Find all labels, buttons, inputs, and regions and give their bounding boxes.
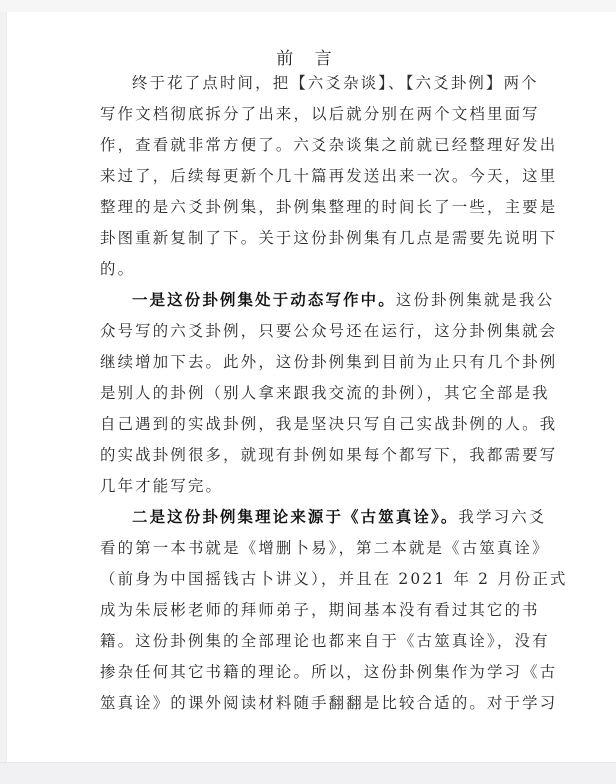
bold-lead: 二是这份卦例集理论来源于《古筮真诠》。 <box>132 508 459 526</box>
text-run: 这份卦例集就是我公 <box>396 291 554 309</box>
text-line: 写作文档彻底拆分了出来，以后就分别在两个文档里面写 <box>100 99 524 130</box>
paragraph-2: 一是这份卦例集处于动态写作中。这份卦例集就是我公 众号写的六爻卦例，只要公众号还… <box>100 285 524 502</box>
text-line: （前身为中国摇钱古卜讲义），并且在 2021 年 2 月份正式 <box>100 564 524 595</box>
text-line: 终于花了点时间，把【六爻杂谈】、【六爻卦例】两个 <box>100 68 524 99</box>
text-line: 是别人的卦例（别人拿来跟我交流的卦例），其它全部是我 <box>100 378 524 409</box>
text-line: 几年才能写完。 <box>100 471 524 502</box>
top-margin-bar <box>0 0 616 12</box>
text-line: 的。 <box>100 254 524 285</box>
text-run: 我学习六爻 <box>459 508 547 526</box>
bottom-margin-bar <box>0 762 616 784</box>
page-title: 前 言 <box>0 44 616 69</box>
text-line: 筮真诠》的课外阅读材料随手翻翻是比较合适的。对于学习 <box>100 688 524 719</box>
bold-lead: 一是这份卦例集处于动态写作中。 <box>132 291 396 309</box>
text-line: 二是这份卦例集理论来源于《古筮真诠》。我学习六爻 <box>100 502 524 533</box>
text-line: 卦图重新复制了下。关于这份卦例集有几点是需要先说明下 <box>100 223 524 254</box>
text-line: 整理的是六爻卦例集，卦例集整理的时间长了一些，主要是 <box>100 192 524 223</box>
text-line: 自己遇到的实战卦例，我是坚决只写自己实战卦例的人。我 <box>100 409 524 440</box>
text-line: 众号写的六爻卦例，只要公众号还在运行，这分卦例集就会 <box>100 316 524 347</box>
text-line: 继续增加下去。此外，这份卦例集到目前为止只有几个卦例 <box>100 347 524 378</box>
text-line: 掺杂任何其它书籍的理论。所以，这份卦例集作为学习《古 <box>100 657 524 688</box>
text-line: 成为朱辰彬老师的拜师弟子，期间基本没有看过其它的书 <box>100 595 524 626</box>
text-line: 作，查看就非常方便了。六爻杂谈集之前就已经整理好发出 <box>100 130 524 161</box>
paragraph-3: 二是这份卦例集理论来源于《古筮真诠》。我学习六爻 看的第一本书就是《增删卜易》，… <box>100 502 524 719</box>
text-line: 的实战卦例很多，就现有卦例如果每个都写下，我都需要写 <box>100 440 524 471</box>
paragraph-1: 终于花了点时间，把【六爻杂谈】、【六爻卦例】两个 写作文档彻底拆分了出来，以后就… <box>100 68 524 285</box>
text-line: 籍。这份卦例集的全部理论也都来自于《古筮真诠》，没有 <box>100 626 524 657</box>
text-line: 一是这份卦例集处于动态写作中。这份卦例集就是我公 <box>100 285 524 316</box>
document-body: 终于花了点时间，把【六爻杂谈】、【六爻卦例】两个 写作文档彻底拆分了出来，以后就… <box>100 68 524 719</box>
text-line: 来过了，后续每更新个几十篇再发送出来一次。今天，这里 <box>100 161 524 192</box>
text-line: 看的第一本书就是《增删卜易》，第二本就是《古筮真诠》 <box>100 533 524 564</box>
